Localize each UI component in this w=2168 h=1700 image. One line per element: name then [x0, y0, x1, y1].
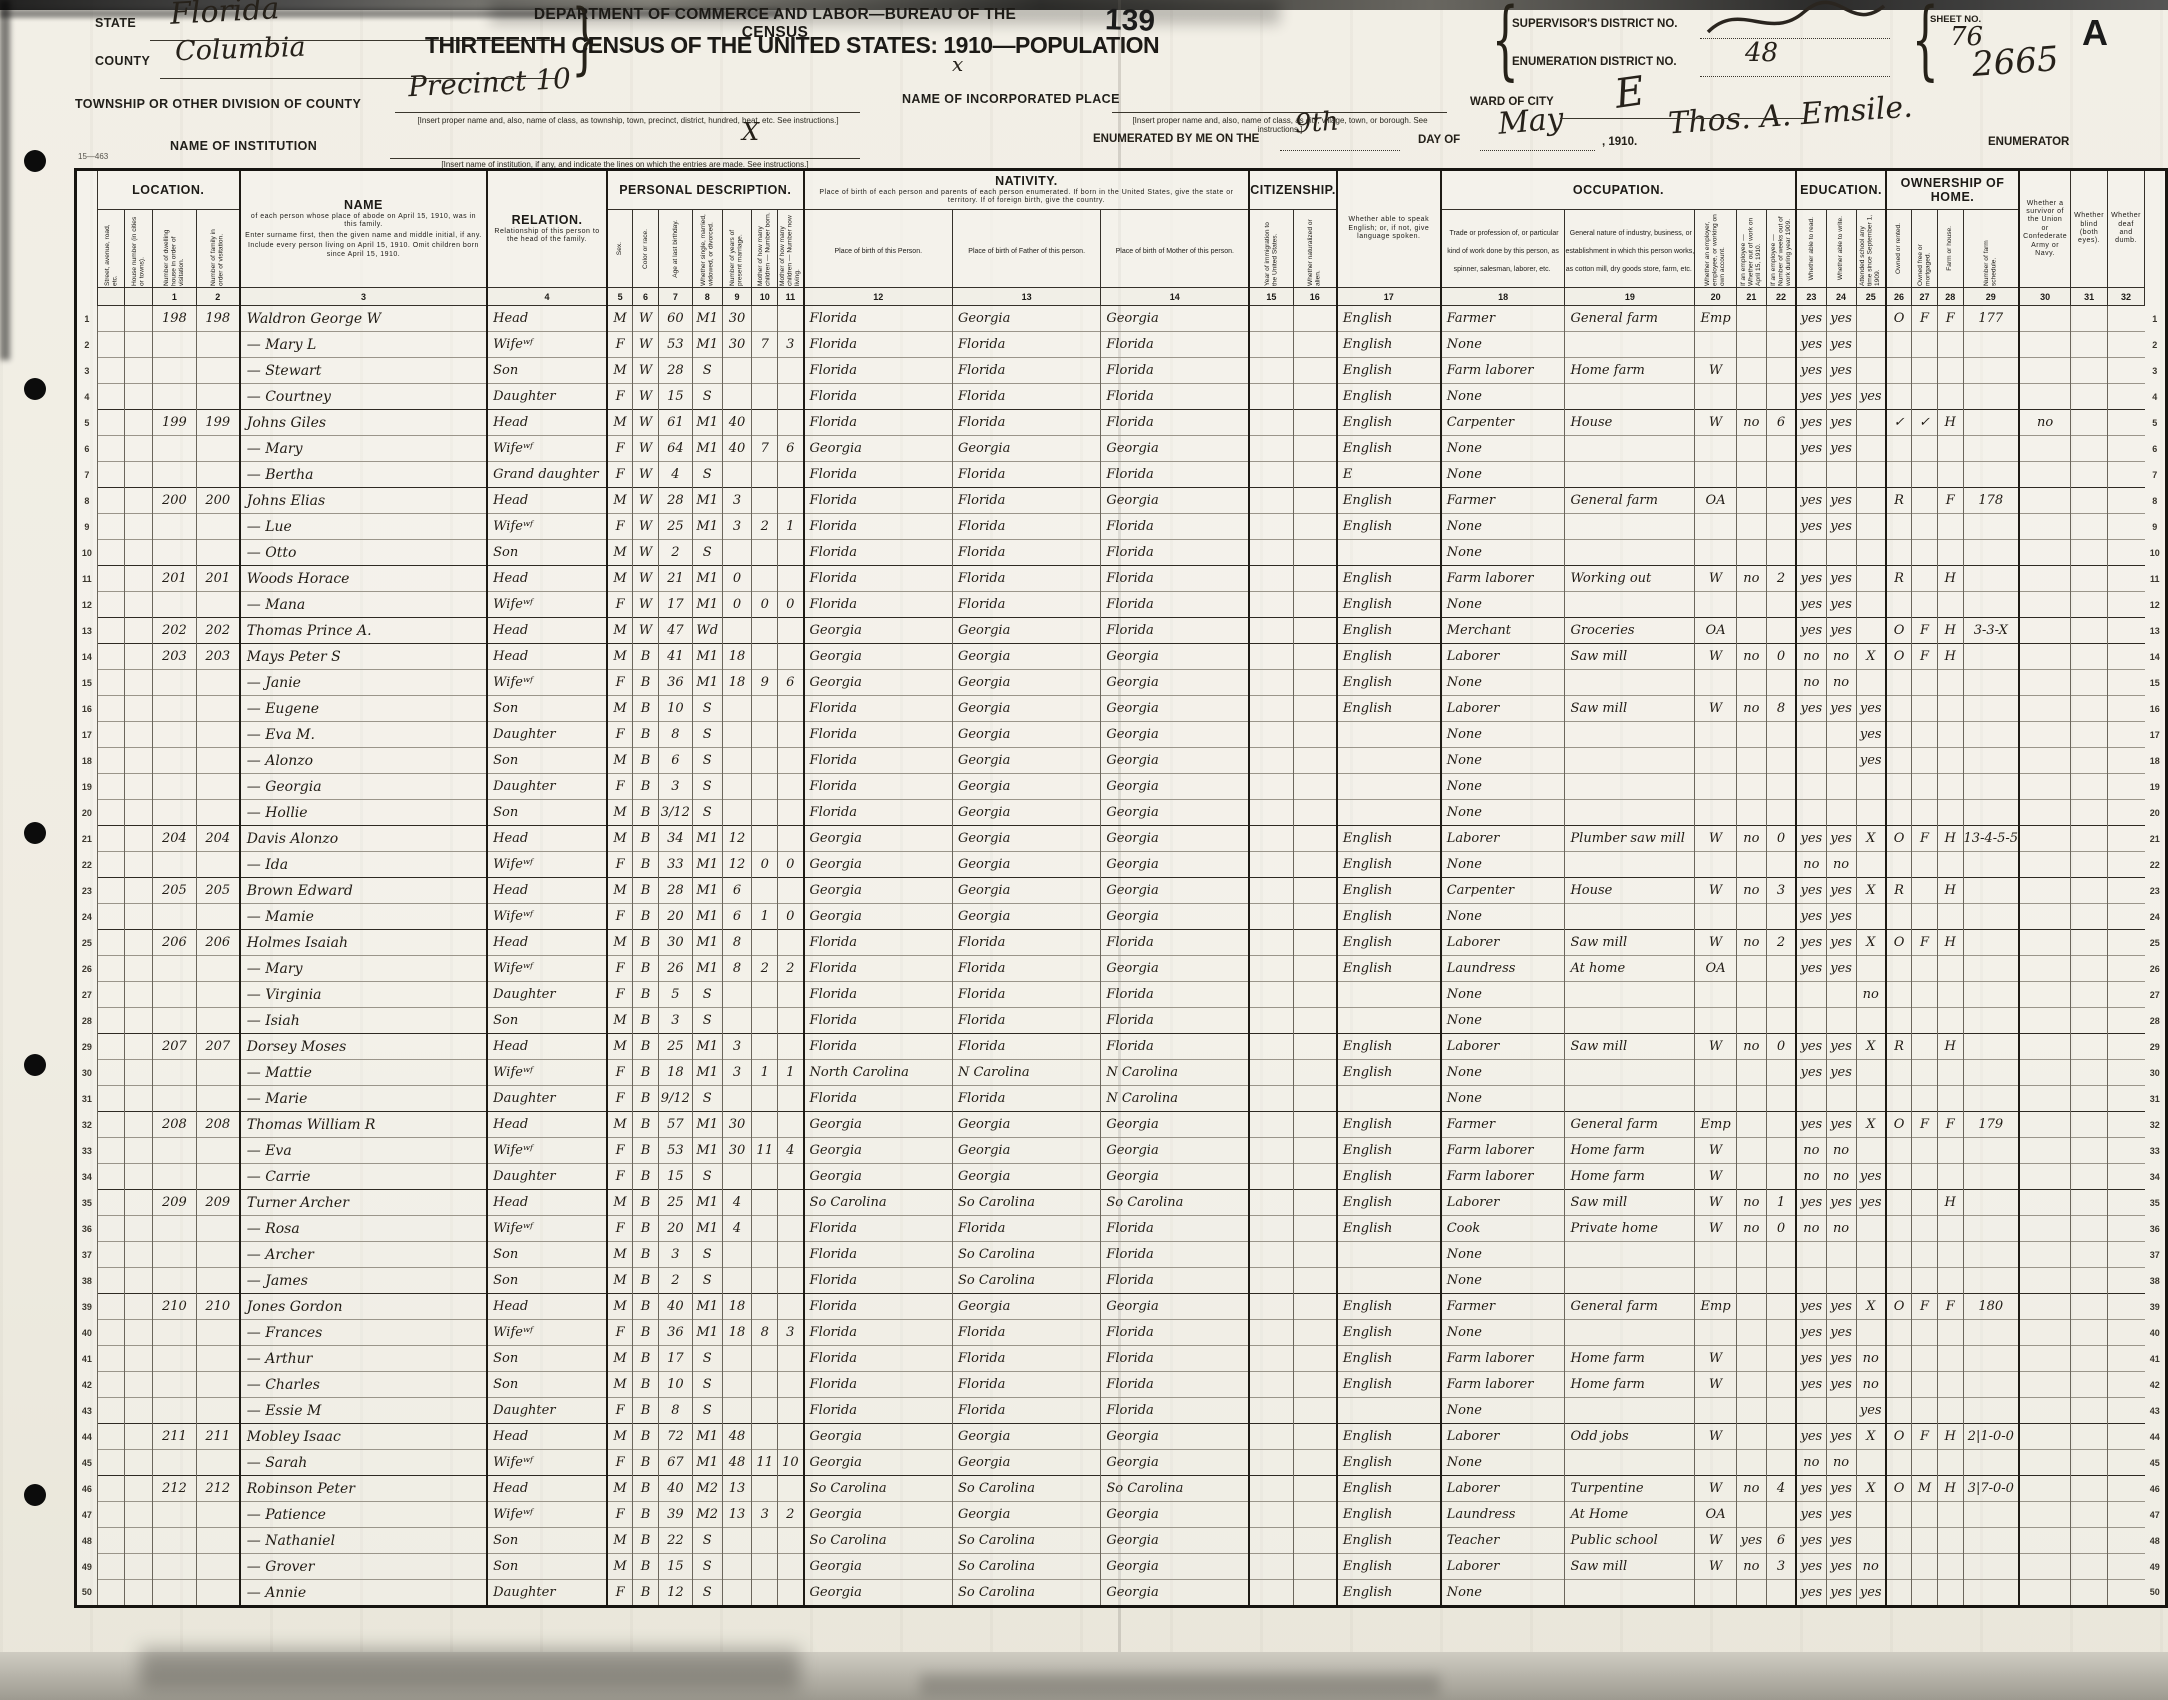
cell-children_living: [778, 800, 804, 826]
cell-trade: None: [1441, 1398, 1565, 1424]
cell-pob: So Carolina: [804, 1190, 953, 1216]
cell-dwelling: 202: [153, 618, 197, 644]
cell-children_born: [752, 696, 778, 722]
cell-english: English: [1337, 1138, 1441, 1164]
cell-farm_schedule: [1963, 1450, 2019, 1476]
table-row: 39210210Jones GordonHeadMB40M118FloridaG…: [76, 1294, 2167, 1320]
header-number-relation: 4: [487, 288, 607, 306]
cell-children_born: 1: [752, 904, 778, 930]
cell-trade: Farm laborer: [1441, 1346, 1565, 1372]
cell-out_of_work: no: [1736, 1476, 1766, 1502]
cell-name: — Carrie: [240, 1164, 487, 1190]
cell-pob_father: Florida: [952, 1320, 1100, 1346]
group-title: RELATION.: [488, 213, 606, 227]
cell-name: — Arthur: [240, 1346, 487, 1372]
cell-children_born: [752, 748, 778, 774]
cell-marital: S: [692, 1398, 722, 1424]
cell-naturalized: [1293, 514, 1337, 540]
cell-immigration: [1249, 332, 1293, 358]
cell-home_owned: [1886, 514, 1912, 540]
cell-weeks_out: 0: [1766, 826, 1796, 852]
cell-deaf: [2108, 904, 2145, 930]
cell-pob_mother: Georgia: [1101, 774, 1249, 800]
cell-trade: Farm laborer: [1441, 1138, 1565, 1164]
cell-children_born: [752, 878, 778, 904]
sheet-letter: A: [2082, 12, 2108, 54]
cell-children_born: [752, 1008, 778, 1034]
cell-industry: [1565, 670, 1695, 696]
cell-industry: [1565, 436, 1695, 462]
cell-pob: Florida: [804, 800, 953, 826]
cell-sex: F: [607, 904, 633, 930]
cell-home_free: [1912, 852, 1938, 878]
cell-children_born: 9: [752, 670, 778, 696]
cell-immigration: [1249, 1164, 1293, 1190]
cell-name: — Mary: [240, 956, 487, 982]
cell-read: yes: [1796, 1294, 1826, 1320]
cell-read: [1796, 1398, 1826, 1424]
line-number: 35: [76, 1190, 98, 1216]
cell-relation: Daughter: [487, 982, 607, 1008]
column-sub-label: Age at last birthday.: [672, 220, 680, 278]
cell-name: — Grover: [240, 1554, 487, 1580]
cell-pob_father: Georgia: [952, 436, 1100, 462]
cell-children_born: [752, 800, 778, 826]
header-number-english: 17: [1337, 288, 1441, 306]
cell-street: [97, 1580, 125, 1607]
cell-farm_house: [1937, 1554, 1963, 1580]
cell-sex: F: [607, 514, 633, 540]
scan-left-edge: [0, 0, 10, 360]
cell-relation: Head: [487, 930, 607, 956]
cell-industry: [1565, 1398, 1695, 1424]
cell-trade: None: [1441, 514, 1565, 540]
cell-age: 17: [658, 592, 692, 618]
cell-family: [196, 956, 240, 982]
cell-immigration: [1249, 618, 1293, 644]
line-number: 1: [2145, 306, 2167, 332]
cell-immigration: [1249, 1502, 1293, 1528]
cell-naturalized: [1293, 852, 1337, 878]
cell-deaf: [2108, 1294, 2145, 1320]
column-sub-label: Color or race.: [642, 229, 650, 269]
line-number: 21: [76, 826, 98, 852]
cell-school: [1856, 592, 1886, 618]
cell-home_free: [1912, 1268, 1938, 1294]
cell-english: English: [1337, 1216, 1441, 1242]
cell-naturalized: [1293, 1450, 1337, 1476]
cell-read: yes: [1796, 956, 1826, 982]
cell-deaf: [2108, 1138, 2145, 1164]
cell-yrs_married: 4: [722, 1216, 752, 1242]
cell-family: 208: [196, 1112, 240, 1138]
group-note: Include every person living on April 15,…: [241, 241, 486, 260]
line-number: 37: [2145, 1242, 2167, 1268]
cell-home_owned: [1886, 1320, 1912, 1346]
cell-farm_house: [1937, 384, 1963, 410]
cell-yrs_married: 3: [722, 1034, 752, 1060]
cell-school: [1856, 904, 1886, 930]
cell-out_of_work: [1736, 332, 1766, 358]
cell-naturalized: [1293, 1502, 1337, 1528]
cell-yrs_married: [722, 1372, 752, 1398]
cell-name: — Essie M: [240, 1398, 487, 1424]
line-number: 5: [2145, 410, 2167, 436]
cell-out_of_work: no: [1736, 930, 1766, 956]
cell-home_owned: [1886, 696, 1912, 722]
cell-street: [97, 1424, 125, 1450]
cell-read: yes: [1796, 1424, 1826, 1450]
cell-emp_class: Emp: [1695, 1112, 1737, 1138]
table-row: 22— IdaWifeʷᶠFB33M11200GeorgiaGeorgiaGeo…: [76, 852, 2167, 878]
cell-school: X: [1856, 1112, 1886, 1138]
cell-children_living: [778, 384, 804, 410]
cell-immigration: [1249, 1346, 1293, 1372]
cell-farm_house: [1937, 1086, 1963, 1112]
cell-deaf: [2108, 1034, 2145, 1060]
cell-home_owned: [1886, 982, 1912, 1008]
header-sub-farm_house: Farm or house.: [1937, 210, 1963, 288]
cell-industry: Plumber saw mill: [1565, 826, 1695, 852]
cell-weeks_out: [1766, 488, 1796, 514]
cell-sex: F: [607, 1502, 633, 1528]
cell-yrs_married: 6: [722, 878, 752, 904]
cell-blind: [2071, 826, 2108, 852]
scan-bottom-smudge-2: [920, 1674, 1440, 1696]
cell-pob: Florida: [804, 956, 953, 982]
cell-deaf: [2108, 774, 2145, 800]
cell-sex: M: [607, 696, 633, 722]
cell-english: [1337, 1242, 1441, 1268]
cell-home_owned: O: [1886, 1294, 1912, 1320]
cell-dwelling: [153, 852, 197, 878]
cell-english: English: [1337, 332, 1441, 358]
cell-weeks_out: 3: [1766, 878, 1796, 904]
line-number: 46: [2145, 1476, 2167, 1502]
cell-yrs_married: 3: [722, 1060, 752, 1086]
cell-school: X: [1856, 878, 1886, 904]
cell-write: yes: [1826, 332, 1856, 358]
cell-pob_father: Florida: [952, 332, 1100, 358]
cell-pob_mother: Georgia: [1101, 878, 1249, 904]
cell-house: [125, 1164, 153, 1190]
cell-farm_schedule: [1963, 1216, 2019, 1242]
cell-pob: Florida: [804, 1242, 953, 1268]
cell-age: 3/12: [658, 800, 692, 826]
cell-age: 22: [658, 1528, 692, 1554]
header-number-house: [125, 288, 153, 306]
cell-color: B: [633, 878, 659, 904]
cell-emp_class: [1695, 1086, 1737, 1112]
cell-sex: F: [607, 1060, 633, 1086]
cell-children_born: [752, 930, 778, 956]
cell-home_free: [1912, 514, 1938, 540]
cell-family: 205: [196, 878, 240, 904]
cell-home_owned: [1886, 800, 1912, 826]
cell-farm_house: F: [1937, 1112, 1963, 1138]
cell-english: [1337, 774, 1441, 800]
cell-industry: [1565, 332, 1695, 358]
cell-dwelling: [153, 722, 197, 748]
header-group-col-blind: Whether blind (both eyes).: [2071, 170, 2108, 288]
cell-weeks_out: [1766, 1086, 1796, 1112]
cell-veteran: [2019, 618, 2071, 644]
cell-naturalized: [1293, 800, 1337, 826]
cell-pob_mother: Florida: [1101, 592, 1249, 618]
cell-color: W: [633, 592, 659, 618]
cell-home_owned: [1886, 1216, 1912, 1242]
cell-pob: Florida: [804, 748, 953, 774]
cell-pob_mother: Florida: [1101, 1034, 1249, 1060]
table-row: 21204204Davis AlonzoHeadMB34M112GeorgiaG…: [76, 826, 2167, 852]
cell-family: [196, 1008, 240, 1034]
cell-family: [196, 696, 240, 722]
cell-marital: M1: [692, 956, 722, 982]
cell-farm_schedule: [1963, 332, 2019, 358]
cell-immigration: [1249, 1450, 1293, 1476]
cell-weeks_out: [1766, 1450, 1796, 1476]
cell-family: [196, 1268, 240, 1294]
cell-deaf: [2108, 1476, 2145, 1502]
cell-trade: None: [1441, 670, 1565, 696]
cell-family: 209: [196, 1190, 240, 1216]
cell-pob_mother: Georgia: [1101, 1580, 1249, 1607]
cell-veteran: [2019, 1424, 2071, 1450]
cell-age: 18: [658, 1060, 692, 1086]
header-group-personal-description: PERSONAL DESCRIPTION.: [607, 170, 804, 210]
cell-english: English: [1337, 514, 1441, 540]
cell-children_living: 2: [778, 956, 804, 982]
cell-dwelling: [153, 540, 197, 566]
cell-pob_mother: Florida: [1101, 1346, 1249, 1372]
cell-children_born: [752, 1086, 778, 1112]
cell-weeks_out: [1766, 1164, 1796, 1190]
cell-pob_mother: Florida: [1101, 332, 1249, 358]
cell-home_owned: [1886, 1242, 1912, 1268]
cell-marital: S: [692, 800, 722, 826]
cell-children_living: [778, 1554, 804, 1580]
cell-color: B: [633, 1450, 659, 1476]
cell-emp_class: W: [1695, 644, 1737, 670]
cell-sex: M: [607, 1190, 633, 1216]
header-sub-write: Whether able to write.: [1826, 210, 1856, 288]
cell-pob_mother: Florida: [1101, 410, 1249, 436]
cell-pob: Florida: [804, 592, 953, 618]
line-number: 22: [76, 852, 98, 878]
cell-industry: [1565, 1060, 1695, 1086]
cell-emp_class: [1695, 774, 1737, 800]
cell-write: yes: [1826, 1528, 1856, 1554]
cell-naturalized: [1293, 1164, 1337, 1190]
cell-blind: [2071, 748, 2108, 774]
cell-pob_mother: Georgia: [1101, 956, 1249, 982]
cell-age: 28: [658, 358, 692, 384]
cell-pob: Georgia: [804, 1164, 953, 1190]
header-sub-emp_class: Whether an employer, employee, or workin…: [1695, 210, 1737, 288]
cell-veteran: [2019, 774, 2071, 800]
line-number: 17: [76, 722, 98, 748]
cell-immigration: [1249, 1554, 1293, 1580]
cell-family: [196, 1398, 240, 1424]
cell-pob_mother: Georgia: [1101, 436, 1249, 462]
cell-name: — Courtney: [240, 384, 487, 410]
cell-children_born: [752, 774, 778, 800]
cell-name: — Virginia: [240, 982, 487, 1008]
cell-age: 47: [658, 618, 692, 644]
cell-trade: None: [1441, 332, 1565, 358]
cell-house: [125, 1216, 153, 1242]
cell-write: no: [1826, 1164, 1856, 1190]
cell-sex: F: [607, 1216, 633, 1242]
cell-sex: F: [607, 670, 633, 696]
table-row: 3— StewartSonMW28SFloridaFloridaFloridaE…: [76, 358, 2167, 384]
cell-home_free: F: [1912, 1294, 1938, 1320]
cell-relation: Son: [487, 748, 607, 774]
cell-read: yes: [1796, 592, 1826, 618]
cell-english: English: [1337, 592, 1441, 618]
enumeration-label: ENUMERATION DISTRICT NO.: [1512, 56, 1677, 68]
cell-read: yes: [1796, 1580, 1826, 1607]
line-number: 39: [2145, 1294, 2167, 1320]
cell-dwelling: [153, 1372, 197, 1398]
column-sub-label: Whether an employer, employee, or workin…: [1704, 212, 1727, 286]
cell-school: X: [1856, 1424, 1886, 1450]
cell-blind: [2071, 618, 2108, 644]
cell-read: yes: [1796, 1528, 1826, 1554]
cell-marital: M1: [692, 1060, 722, 1086]
cell-deaf: [2108, 930, 2145, 956]
cell-naturalized: [1293, 878, 1337, 904]
cell-home_free: [1912, 904, 1938, 930]
cell-write: [1826, 1086, 1856, 1112]
cell-immigration: [1249, 1580, 1293, 1607]
cell-house: [125, 982, 153, 1008]
line-number: 12: [76, 592, 98, 618]
cell-immigration: [1249, 1008, 1293, 1034]
cell-industry: Odd jobs: [1565, 1424, 1695, 1450]
cell-color: B: [633, 1580, 659, 1607]
line-number: 19: [76, 774, 98, 800]
cell-farm_schedule: [1963, 670, 2019, 696]
cell-trade: None: [1441, 852, 1565, 878]
cell-relation: Wifeʷᶠ: [487, 956, 607, 982]
cell-sex: M: [607, 358, 633, 384]
cell-school: [1856, 332, 1886, 358]
cell-trade: Laborer: [1441, 1476, 1565, 1502]
cell-english: English: [1337, 1190, 1441, 1216]
institution-x-mark: X: [742, 118, 759, 146]
cell-pob: Georgia: [804, 1138, 953, 1164]
cell-home_owned: [1886, 852, 1912, 878]
cell-sex: M: [607, 644, 633, 670]
cell-color: W: [633, 436, 659, 462]
cell-home_owned: [1886, 384, 1912, 410]
cell-house: [125, 1554, 153, 1580]
cell-write: yes: [1826, 878, 1856, 904]
cell-trade: Laborer: [1441, 1554, 1565, 1580]
table-row: 4— CourtneyDaughterFW15SFloridaFloridaFl…: [76, 384, 2167, 410]
cell-street: [97, 1502, 125, 1528]
cell-pob_mother: Georgia: [1101, 1112, 1249, 1138]
cell-color: B: [633, 1424, 659, 1450]
cell-industry: [1565, 722, 1695, 748]
cell-english: English: [1337, 1554, 1441, 1580]
punch-hole: [24, 822, 46, 844]
cell-school: [1856, 800, 1886, 826]
line-number: 41: [76, 1346, 98, 1372]
cell-children_living: 3: [778, 332, 804, 358]
cell-pob: Florida: [804, 1268, 953, 1294]
cell-deaf: [2108, 1424, 2145, 1450]
cell-deaf: [2108, 800, 2145, 826]
cell-dwelling: 208: [153, 1112, 197, 1138]
cell-marital: S: [692, 1580, 722, 1607]
cell-school: no: [1856, 1372, 1886, 1398]
cell-blind: [2071, 1138, 2108, 1164]
cell-read: no: [1796, 1138, 1826, 1164]
header-number-pob: 12: [804, 288, 953, 306]
cell-street: [97, 1164, 125, 1190]
cell-immigration: [1249, 1086, 1293, 1112]
cell-dwelling: [153, 384, 197, 410]
cell-emp_class: W: [1695, 696, 1737, 722]
cell-children_living: 0: [778, 592, 804, 618]
cell-english: English: [1337, 1450, 1441, 1476]
cell-english: [1337, 748, 1441, 774]
cell-name: Thomas Prince A.: [240, 618, 487, 644]
cell-sex: M: [607, 1476, 633, 1502]
cell-naturalized: [1293, 306, 1337, 332]
cell-farm_schedule: [1963, 1138, 2019, 1164]
line-number: 38: [76, 1268, 98, 1294]
cell-home_owned: [1886, 540, 1912, 566]
cell-color: B: [633, 748, 659, 774]
cell-weeks_out: [1766, 1346, 1796, 1372]
cell-children_living: [778, 488, 804, 514]
cell-home_free: F: [1912, 930, 1938, 956]
cell-write: yes: [1826, 384, 1856, 410]
cell-veteran: [2019, 982, 2071, 1008]
cell-name: Robinson Peter: [240, 1476, 487, 1502]
cell-school: yes: [1856, 1580, 1886, 1607]
cell-pob_mother: Florida: [1101, 566, 1249, 592]
line-number: 27: [76, 982, 98, 1008]
cell-trade: None: [1441, 462, 1565, 488]
line-number: 16: [2145, 696, 2167, 722]
cell-blind: [2071, 1554, 2108, 1580]
cell-sex: F: [607, 956, 633, 982]
cell-relation: Son: [487, 1268, 607, 1294]
cell-weeks_out: 0: [1766, 644, 1796, 670]
cell-trade: Carpenter: [1441, 410, 1565, 436]
cell-street: [97, 722, 125, 748]
cell-out_of_work: [1736, 1138, 1766, 1164]
cell-farm_house: [1937, 800, 1963, 826]
header-sub-industry: General nature of industry, business, or…: [1565, 210, 1695, 288]
cell-family: [196, 1320, 240, 1346]
line-number: 33: [76, 1138, 98, 1164]
cell-house: [125, 540, 153, 566]
cell-farm_schedule: 13-4-5-5: [1963, 826, 2019, 852]
cell-children_born: [752, 1372, 778, 1398]
cell-pob_father: Florida: [952, 956, 1100, 982]
cell-blind: [2071, 644, 2108, 670]
cell-deaf: [2108, 410, 2145, 436]
cell-farm_house: H: [1937, 1424, 1963, 1450]
cell-home_free: [1912, 1372, 1938, 1398]
cell-industry: Saw mill: [1565, 1034, 1695, 1060]
cell-english: English: [1337, 384, 1441, 410]
